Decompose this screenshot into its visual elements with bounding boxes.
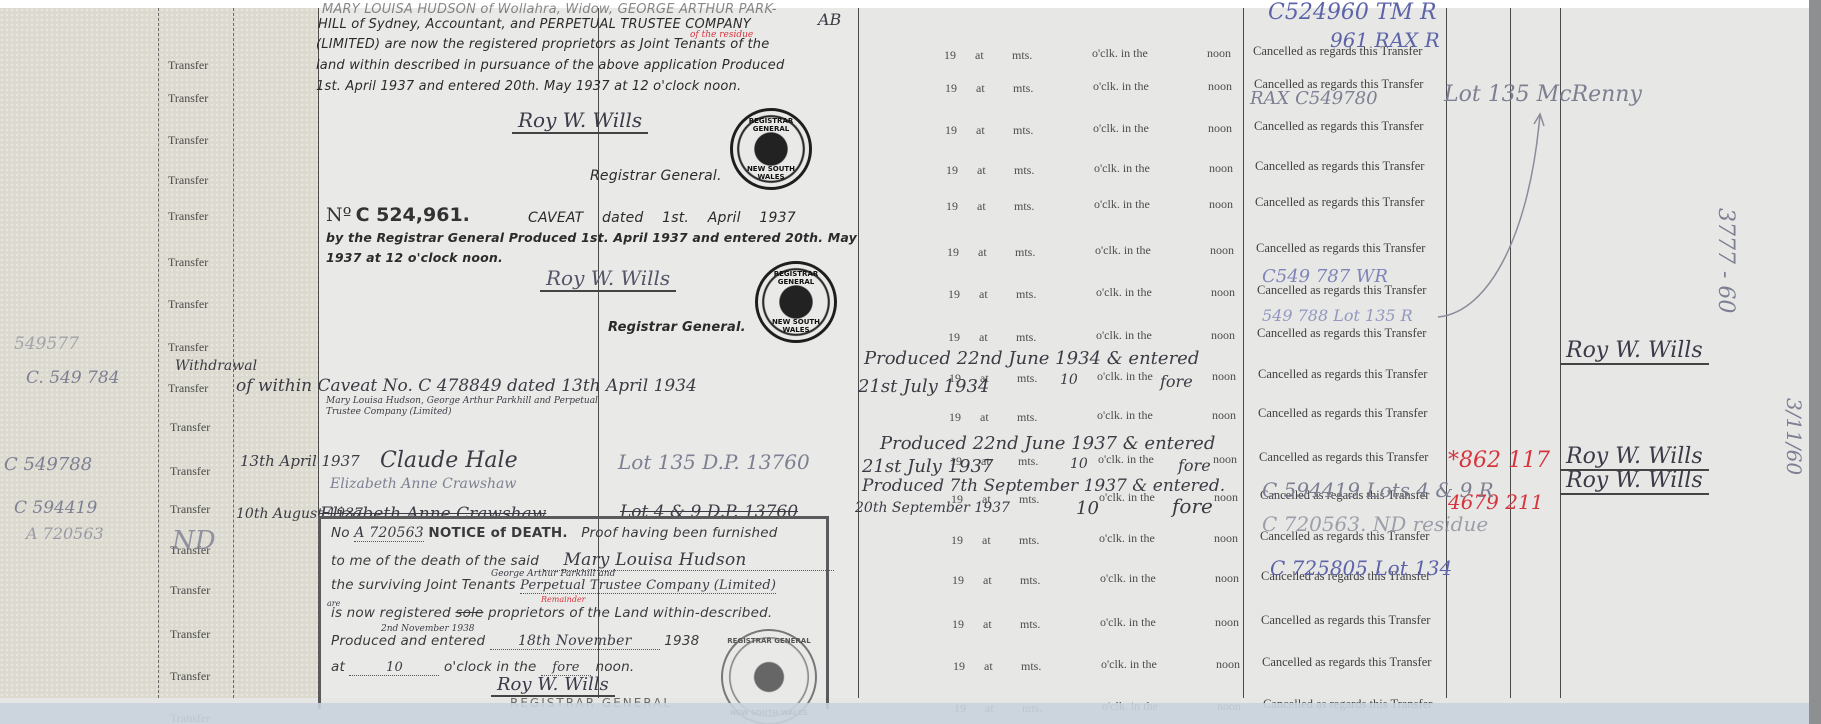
margin-mark: AB xyxy=(818,10,841,29)
lot-note: Lot 135 McRenny xyxy=(1444,82,1642,107)
time-mts: mts. xyxy=(1021,659,1041,674)
time-year: 19 xyxy=(951,533,963,548)
cancel-text: Cancelled as regards this Transfer xyxy=(1258,367,1427,382)
time-year: 19 xyxy=(946,199,958,214)
withdrawal-names: Mary Louisa Hudson, George Arthur Parkhi… xyxy=(326,396,606,418)
cancel-text: Cancelled as regards this Transfer xyxy=(1257,326,1426,341)
caveat-line-1: CAVEAT dated 1st. April 1937 xyxy=(528,210,796,226)
time-year: 19 xyxy=(945,81,957,96)
transfer-row-label: Transfer xyxy=(170,464,240,479)
transfer-row-label: Transfer xyxy=(168,91,238,106)
time-noon: noon xyxy=(1214,531,1238,546)
column-divider xyxy=(858,8,859,698)
elizabeth-time: 10 xyxy=(1076,498,1099,519)
time-year: 19 xyxy=(946,163,958,178)
transfer-row-label: Transfer xyxy=(170,583,240,598)
transfer-date-claude: 13th April 1937 xyxy=(240,452,320,470)
time-year: 19 xyxy=(945,123,957,138)
transfer-row-label: Transfer xyxy=(168,133,238,148)
entry-line-2: (LIMITED) are now the registered proprie… xyxy=(316,37,769,52)
ref-787: C549 787 WR xyxy=(1262,266,1388,287)
time-at: at xyxy=(978,245,987,260)
time-oclk: o'clk. in the xyxy=(1099,531,1155,546)
margin-number-faint: 549577 xyxy=(14,334,79,354)
caveat-number: Nº C 524,961. xyxy=(326,204,470,226)
transfer-row-label: Transfer xyxy=(170,420,240,435)
withdrawal-entered: 21st July 1934 xyxy=(858,376,989,397)
time-oclk: o'clk. in the xyxy=(1101,657,1157,672)
time-at: at xyxy=(977,163,986,178)
claude-entered: 21st July 1937 xyxy=(862,456,993,477)
time-at: at xyxy=(975,48,984,63)
time-mts: mts. xyxy=(1013,81,1033,96)
right-signature: Roy W. Wills xyxy=(1560,338,1709,365)
entry-line-1: HILL of Sydney, Accountant, and PERPETUA… xyxy=(318,17,751,32)
claude-produced: Produced 22nd June 1937 & entered xyxy=(880,433,1215,454)
cancel-text: Cancelled as regards this Transfer xyxy=(1259,450,1428,465)
margin-number-elizabeth: C 594419 xyxy=(14,498,97,518)
transfer-row-label: Transfer xyxy=(168,58,238,73)
transfer-date-elizabeth: 10th August 1937 xyxy=(236,506,316,522)
time-at: at xyxy=(983,573,992,588)
time-oclk: o'clk. in the xyxy=(1096,328,1152,343)
time-oclk: o'clk. in the xyxy=(1094,197,1150,212)
time-noon: noon xyxy=(1215,571,1239,586)
ref-720563: C 720563. ND residue xyxy=(1262,512,1488,536)
withdrawal-produced: Produced 22nd June 1934 & entered xyxy=(864,348,1199,369)
entry-line-4: 1st. April 1937 and entered 20th. May 19… xyxy=(316,79,741,94)
time-noon: noon xyxy=(1211,328,1235,343)
time-at: at xyxy=(980,410,989,425)
entered-date: 18th November xyxy=(490,633,660,650)
time-noon: noon xyxy=(1208,121,1232,136)
vertical-ref-2: 3/11/60 xyxy=(1782,398,1806,475)
rax-note: RAX C549780 xyxy=(1250,88,1378,109)
death-notice-box: No A 720563 NOTICE of DEATH. Proof havin… xyxy=(318,516,829,709)
withdrawal-label: Withdrawal xyxy=(175,358,257,374)
cancel-text: Cancelled as regards this Transfer xyxy=(1261,613,1430,628)
margin-number-claude: C 549788 xyxy=(4,454,92,475)
ref-594419: C 594419 Lots 4 & 9 R xyxy=(1262,478,1494,502)
withdrawal-time: 10 xyxy=(1060,372,1078,388)
elizabeth-entered: 20th September 1937 xyxy=(855,500,1010,516)
transfer-row-label: Transfer xyxy=(168,381,238,396)
vertical-ref: 3777 - 60 xyxy=(1713,208,1738,313)
time-oclk: o'clk. in the xyxy=(1097,408,1153,423)
entry-line-0: MARY LOUISA HUDSON of Wollahra, Widow, G… xyxy=(322,2,777,17)
caveat-signature: Roy W. Wills xyxy=(540,266,676,292)
time-mts: mts. xyxy=(1018,454,1038,469)
registrar-signature: Roy W. Wills xyxy=(512,108,648,134)
claude-red-ref: *862 117 xyxy=(1448,448,1550,473)
ref-725805: C 725805 Lot 134 xyxy=(1270,556,1452,580)
time-mts: mts. xyxy=(1020,617,1040,632)
time-oclk: o'clk. in the xyxy=(1093,79,1149,94)
time-at: at xyxy=(983,617,992,632)
column-divider xyxy=(158,8,159,698)
death-notice-line-2: to me of the death of the said Mary Loui… xyxy=(331,550,834,571)
time-oclk: o'clk. in the xyxy=(1093,121,1149,136)
cancel-text: Cancelled as regards this Transfer xyxy=(1255,195,1424,210)
time-mts: mts. xyxy=(1019,533,1039,548)
entered-time: 10 xyxy=(349,660,439,676)
time-oclk: o'clk. in the xyxy=(1092,46,1148,61)
time-mts: mts. xyxy=(1015,245,1035,260)
time-noon: noon xyxy=(1207,46,1231,61)
register-page: Transfer19atmts.o'clk. in thenoonCancell… xyxy=(0,8,1821,724)
transferee-pencil-elizabeth: Elizabeth Anne Crawshaw xyxy=(330,476,516,492)
time-year: 19 xyxy=(944,48,956,63)
scan-edge xyxy=(1809,0,1821,724)
transfer-row-label: Transfer xyxy=(168,255,238,270)
time-mts: mts. xyxy=(1017,371,1037,386)
time-noon: noon xyxy=(1216,657,1240,672)
time-year: 19 xyxy=(952,573,964,588)
death-notice-line-4: is now registered sole proprietors of th… xyxy=(331,605,772,621)
time-year: 19 xyxy=(953,659,965,674)
time-noon: noon xyxy=(1211,285,1235,300)
lot-claude: Lot 135 D.P. 13760 xyxy=(618,450,810,474)
margin-number-elizabeth-2: A 720563 xyxy=(26,524,104,543)
elizabeth-period: fore xyxy=(1172,494,1213,518)
cancel-text: Cancelled as regards this Transfer xyxy=(1254,119,1423,134)
time-mts: mts. xyxy=(1020,573,1040,588)
transfer-row-label: Transfer xyxy=(168,340,238,355)
registrar-title: Registrar General. xyxy=(590,168,722,184)
scan-bottom-band xyxy=(0,703,1821,724)
time-at: at xyxy=(979,330,988,345)
time-at: at xyxy=(984,659,993,674)
time-mts: mts. xyxy=(1014,163,1034,178)
claude-period: fore xyxy=(1178,456,1211,475)
time-year: 19 xyxy=(949,410,961,425)
time-year: 19 xyxy=(947,245,959,260)
withdrawal-period: fore xyxy=(1160,372,1193,391)
time-oclk: o'clk. in the xyxy=(1095,243,1151,258)
caveat-seal-icon: REGISTRAR GENERALNEW SOUTH WALES xyxy=(755,261,837,343)
withdrawal-text: of within Caveat No. C 478849 dated 13th… xyxy=(236,376,697,396)
transfer-row-label: Transfer xyxy=(170,627,240,642)
time-year: 19 xyxy=(952,617,964,632)
time-noon: noon xyxy=(1210,243,1234,258)
transfer-row-label: Transfer xyxy=(168,209,238,224)
death-notice-line-3: the surviving Joint Tenants Perpetual Tr… xyxy=(331,577,776,594)
death-notice-number: A 720563 xyxy=(354,525,424,542)
time-noon: noon xyxy=(1209,161,1233,176)
claude-time: 10 xyxy=(1070,456,1088,472)
time-noon: noon xyxy=(1212,408,1236,423)
time-mts: mts. xyxy=(1013,123,1033,138)
death-notice-line-1: No A 720563 NOTICE of DEATH. Proof havin… xyxy=(331,525,778,542)
time-oclk: o'clk. in the xyxy=(1100,571,1156,586)
cancel-text: Cancelled as regards this Transfer xyxy=(1262,655,1431,670)
caveat-line-2: by the Registrar General Produced 1st. A… xyxy=(326,230,857,245)
caveat-ref-note: C524960 TM R xyxy=(1268,0,1437,25)
ref-788: 549 788 Lot 135 R xyxy=(1262,306,1413,325)
survivors: Perpetual Trustee Company (Limited) xyxy=(520,578,776,594)
cancel-text: Cancelled as regards this Transfer xyxy=(1258,406,1427,421)
caveat-registrar-title: Registrar General. xyxy=(608,320,746,335)
time-oclk: o'clk. in the xyxy=(1096,285,1152,300)
deceased-name: Mary Louisa Hudson xyxy=(544,550,834,571)
caveat-ref-note-2: 961 RAX R xyxy=(1330,28,1440,52)
time-at: at xyxy=(976,81,985,96)
nd-mark: ND xyxy=(172,526,216,556)
time-year: 19 xyxy=(948,287,960,302)
margin-number-withdrawal: C. 549 784 xyxy=(26,368,120,388)
transfer-row-label: Transfer xyxy=(170,669,240,684)
transferee-claude: Claude Hale xyxy=(380,448,518,473)
time-oclk: o'clk. in the xyxy=(1100,615,1156,630)
time-oclk: o'clk. in the xyxy=(1098,452,1154,467)
death-notice-signature: Roy W. Wills xyxy=(491,674,615,697)
death-notice-line-5: Produced and entered 18th November 1938 xyxy=(331,633,699,650)
time-at: at xyxy=(977,199,986,214)
time-mts: mts. xyxy=(1012,48,1032,63)
time-at: at xyxy=(976,123,985,138)
transfer-row-label: Transfer xyxy=(168,173,238,188)
time-noon: noon xyxy=(1213,452,1237,467)
time-year: 19 xyxy=(948,330,960,345)
time-oclk: o'clk. in the xyxy=(1094,161,1150,176)
time-at: at xyxy=(982,533,991,548)
cancel-text: Cancelled as regards this Transfer xyxy=(1256,241,1425,256)
registrar-seal-icon: REGISTRAR GENERALNEW SOUTH WALES xyxy=(730,108,812,190)
time-noon: noon xyxy=(1209,197,1233,212)
time-noon: noon xyxy=(1208,79,1232,94)
claude-signature: Roy W. Wills xyxy=(1560,444,1709,471)
column-divider xyxy=(1243,8,1244,698)
time-at: at xyxy=(979,287,988,302)
time-mts: mts. xyxy=(1014,199,1034,214)
elizabeth-produced: Produced 7th September 1937 & entered. xyxy=(862,476,1225,496)
elizabeth-signature: Roy W. Wills xyxy=(1560,468,1709,495)
time-noon: noon xyxy=(1212,369,1236,384)
time-mts: mts. xyxy=(1017,410,1037,425)
caveat-line-3: 1937 at 12 o'clock noon. xyxy=(326,250,503,265)
transfer-row-label: Transfer xyxy=(168,297,238,312)
transfer-row-label: Transfer xyxy=(170,502,240,517)
time-mts: mts. xyxy=(1016,287,1036,302)
time-noon: noon xyxy=(1215,615,1239,630)
arrow-icon xyxy=(1430,112,1550,332)
cancel-text: Cancelled as regards this Transfer xyxy=(1255,159,1424,174)
red-insertion: Remainder xyxy=(541,595,586,604)
time-mts: mts. xyxy=(1016,330,1036,345)
time-oclk: o'clk. in the xyxy=(1097,369,1153,384)
entry-line-3: land within described in pursuance of th… xyxy=(316,58,784,73)
top-margin xyxy=(0,0,1821,8)
